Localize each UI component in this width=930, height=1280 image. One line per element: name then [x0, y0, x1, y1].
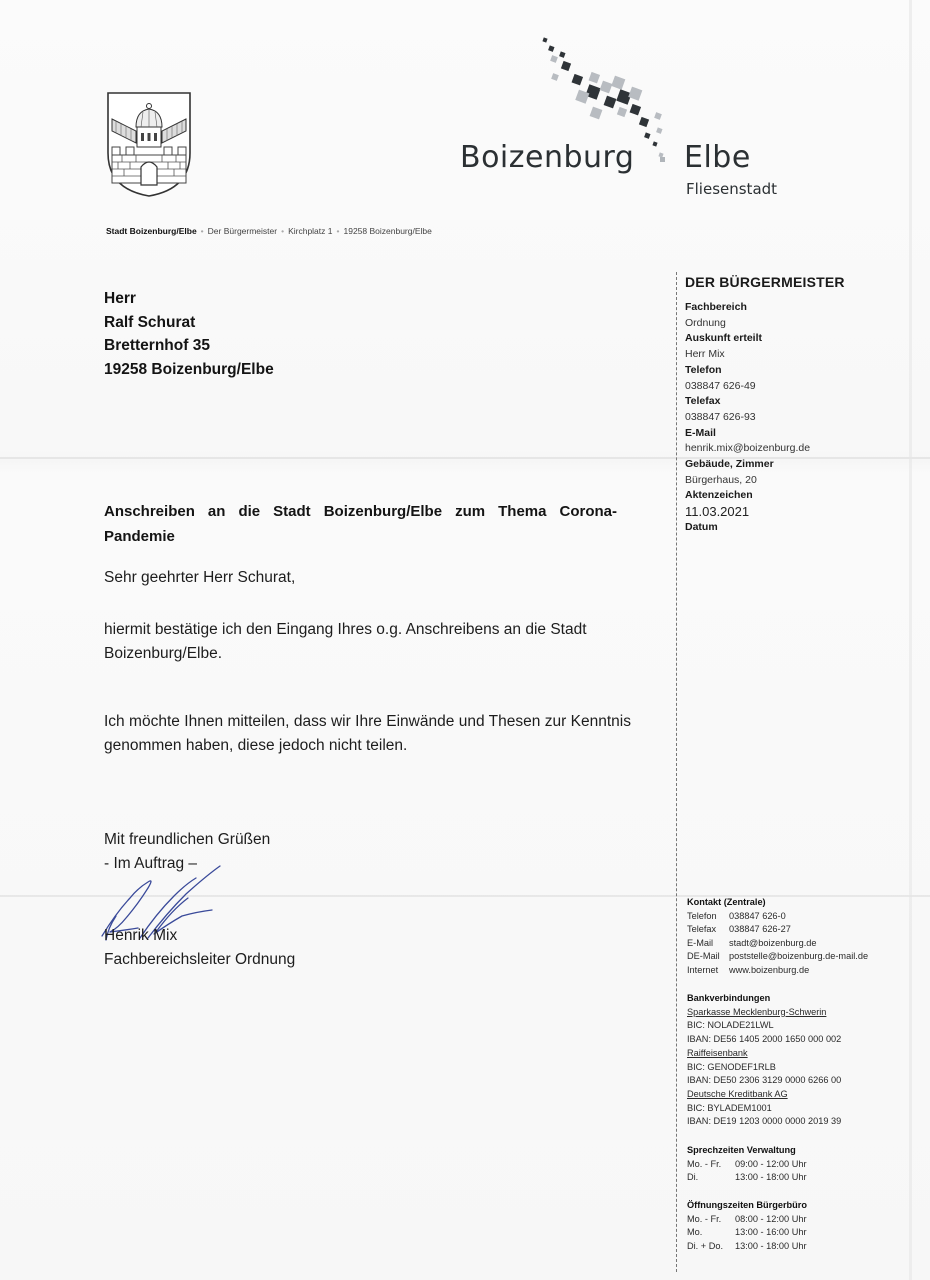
hours-row: Di. + Do.13:00 - 18:00 Uhr — [687, 1240, 907, 1254]
letter-page: Boizenburg Elbe Fliesenstadt Stadt Boize… — [0, 0, 930, 1280]
contact-row: DE-Mailpoststelle@boizenburg.de-mail.de — [687, 950, 907, 964]
field-label-phone: Telefon — [685, 363, 885, 379]
return-city: 19258 Boizenburg/Elbe — [343, 226, 431, 236]
signer-name: Henrik Mix — [104, 924, 634, 948]
field-value-fax: 038847 626-93 — [685, 410, 885, 426]
field-label-date: Datum — [685, 520, 885, 536]
bank-bic: BIC: GENODEF1RLB — [687, 1061, 907, 1075]
letter-greeting: Sehr geehrter Herr Schurat, — [104, 566, 634, 590]
contact-row: E-Mailstadt@boizenburg.de — [687, 937, 907, 951]
logo-name: Boizenburg — [460, 140, 634, 175]
info-sidebar: DER BÜRGERMEISTER Fachbereich Ordnung Au… — [685, 274, 885, 536]
return-address: Stadt Boizenburg/Elbe•Der Bürgermeister•… — [106, 226, 432, 236]
contact-value: 038847 626-0 — [729, 910, 786, 924]
field-label-file-reference: Aktenzeichen — [685, 488, 885, 504]
hours-time: 08:00 - 12:00 Uhr — [735, 1213, 807, 1227]
bank-bic: BIC: NOLADE21LWL — [687, 1019, 907, 1033]
contact-row: Internetwww.boizenburg.de — [687, 964, 907, 978]
hours-time: 13:00 - 18:00 Uhr — [735, 1240, 807, 1254]
field-value-building-room: Bürgerhaus, 20 — [685, 473, 885, 489]
coat-of-arms-icon — [106, 91, 192, 198]
field-value-phone: 038847 626-49 — [685, 379, 885, 395]
sidebar-divider — [676, 272, 677, 1272]
bank-heading: Bankverbindungen — [687, 992, 907, 1006]
office-hours-heading: Sprechzeiten Verwaltung — [687, 1144, 907, 1158]
bank-name: Raiffeisenbank — [687, 1047, 907, 1061]
contact-value: 038847 626-27 — [729, 923, 791, 937]
contact-key: Telefax — [687, 923, 729, 937]
logo-separator — [660, 157, 665, 162]
hours-days: Mo. - Fr. — [687, 1158, 735, 1172]
field-label-contact-person: Auskunft erteilt — [685, 331, 885, 347]
letter-closing: Mit freundlichen Grüßen — [104, 828, 634, 852]
recipient-city: 19258 Boizenburg/Elbe — [104, 358, 274, 382]
field-label-email: E-Mail — [685, 426, 885, 442]
signer-title: Fachbereichsleiter Ordnung — [104, 948, 634, 972]
hours-time: 09:00 - 12:00 Uhr — [735, 1158, 807, 1172]
letter-paragraph-1: hiermit bestätige ich den Eingang Ihres … — [104, 618, 624, 665]
bank-name: Sparkasse Mecklenburg-Schwerin — [687, 1006, 907, 1020]
logo-subtitle: Fliesenstadt — [686, 180, 777, 198]
field-value-contact-person: Herr Mix — [685, 347, 885, 363]
letter-subject: Anschreiben an die Stadt Boizenburg/Elbe… — [104, 499, 617, 549]
recipient-name: Ralf Schurat — [104, 311, 274, 335]
contact-value: stadt@boizenburg.de — [729, 937, 816, 951]
recipient-street: Bretternhof 35 — [104, 334, 274, 358]
hours-row: Mo. - Fr.08:00 - 12:00 Uhr — [687, 1213, 907, 1227]
paper-edge — [909, 0, 912, 1280]
contact-row: Telefax038847 626-27 — [687, 923, 907, 937]
letter-paragraph-2: Ich möchte Ihnen mitteilen, dass wir Ihr… — [104, 710, 631, 757]
field-label-department: Fachbereich — [685, 300, 885, 316]
hours-row: Di.13:00 - 18:00 Uhr — [687, 1171, 907, 1185]
logo-name-elbe: Elbe — [684, 140, 751, 175]
hours-days: Mo. — [687, 1226, 735, 1240]
citizen-office-hours-heading: Öffnungszeiten Bürgerbüro — [687, 1199, 907, 1213]
central-contact: Kontakt (Zentrale) Telefon038847 626-0 T… — [687, 896, 907, 978]
recipient-address: Herr Ralf Schurat Bretternhof 35 19258 B… — [104, 287, 274, 381]
bank-iban: IBAN: DE19 1203 0000 0000 2019 39 — [687, 1115, 907, 1129]
bank-iban: IBAN: DE56 1405 2000 1650 000 002 — [687, 1033, 907, 1047]
field-value-department: Ordnung — [685, 316, 885, 332]
hours-time: 13:00 - 18:00 Uhr — [735, 1171, 807, 1185]
bank-name: Deutsche Kreditbank AG — [687, 1088, 907, 1102]
field-value-email: henrik.mix@boizenburg.de — [685, 441, 885, 457]
bank-bic: BIC: BYLADEM1001 — [687, 1102, 907, 1116]
return-sender: Stadt Boizenburg/Elbe — [106, 226, 197, 236]
return-office: Der Bürgermeister — [208, 226, 277, 236]
hours-row: Mo. - Fr.09:00 - 12:00 Uhr — [687, 1158, 907, 1172]
hours-row: Mo.13:00 - 16:00 Uhr — [687, 1226, 907, 1240]
contact-value: www.boizenburg.de — [729, 964, 809, 978]
separator-dot: • — [277, 226, 288, 236]
return-street: Kirchplatz 1 — [288, 226, 332, 236]
field-label-building-room: Gebäude, Zimmer — [685, 457, 885, 473]
citizen-office-hours: Öffnungszeiten Bürgerbüro Mo. - Fr.08:00… — [687, 1199, 907, 1253]
bank-iban: IBAN: DE50 2306 3129 0000 6266 00 — [687, 1074, 907, 1088]
contact-heading: Kontakt (Zentrale) — [687, 896, 907, 910]
hours-days: Mo. - Fr. — [687, 1213, 735, 1227]
recipient-salutation: Herr — [104, 287, 274, 311]
bank-details: Bankverbindungen Sparkasse Mecklenburg-S… — [687, 992, 907, 1129]
hours-time: 13:00 - 16:00 Uhr — [735, 1226, 807, 1240]
field-value-date: 11.03.2021 — [685, 504, 885, 520]
hours-days: Di. — [687, 1171, 735, 1185]
contact-key: Telefon — [687, 910, 729, 924]
hours-days: Di. + Do. — [687, 1240, 735, 1254]
office-hours: Sprechzeiten Verwaltung Mo. - Fr.09:00 -… — [687, 1144, 907, 1185]
separator-dot: • — [333, 226, 344, 236]
sidebar-title: DER BÜRGERMEISTER — [685, 274, 885, 290]
contact-key: Internet — [687, 964, 729, 978]
contact-key: E-Mail — [687, 937, 729, 951]
contact-key: DE-Mail — [687, 950, 729, 964]
contact-value: poststelle@boizenburg.de-mail.de — [729, 950, 868, 964]
contact-row: Telefon038847 626-0 — [687, 910, 907, 924]
field-label-fax: Telefax — [685, 394, 885, 410]
separator-dot: • — [197, 226, 208, 236]
